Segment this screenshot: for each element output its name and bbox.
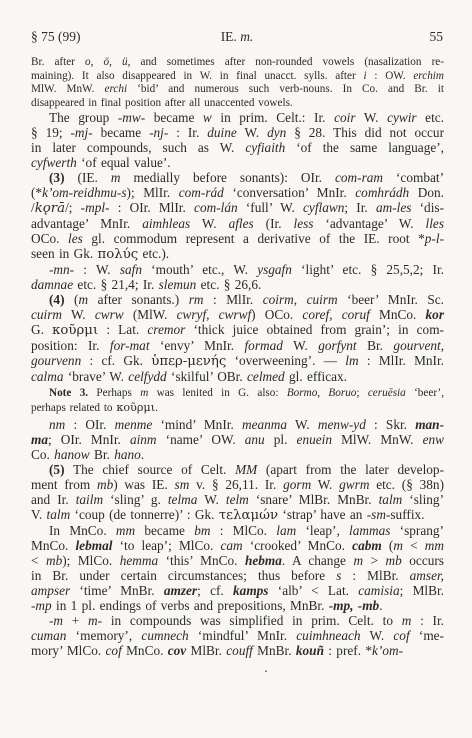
text-segment: m [393, 538, 403, 553]
text-segment: ; Ir. [344, 200, 376, 215]
text-segment: cumnech [141, 628, 188, 643]
text-segment: became [93, 125, 149, 140]
text-segment: calma [31, 369, 64, 384]
text-segment: ‘brave’ W. [64, 369, 129, 384]
text-segment: cwrw [95, 307, 124, 322]
text-segment: ment from [31, 477, 97, 492]
text-line: advantage’ MnIr. aimhleas W. afles (Ir. … [31, 216, 444, 231]
text-line: Co. hanow Br. hano. [31, 447, 444, 462]
text-line: seen in Gk. πολύς etc.). [31, 246, 444, 262]
text-segment: formad [244, 338, 282, 353]
text-segment: OCo. [31, 231, 68, 246]
text-segment: ‘envy’ MnIr. [150, 338, 245, 353]
text-segment: -nj- [149, 125, 168, 140]
text-segment: less [294, 216, 314, 231]
text-segment: for-mat [110, 338, 150, 353]
text-line: nm : OIr. menme ‘mind’ MnIr. meanma W. m… [31, 417, 444, 432]
text-segment: tailm [76, 492, 103, 507]
text-segment: , [91, 56, 104, 68]
text-segment: V. [31, 507, 47, 522]
text-segment: com-lán [194, 200, 238, 215]
text-segment: -sm- [367, 507, 391, 522]
text-segment: , [109, 56, 122, 68]
text-segment: occurs [402, 553, 444, 568]
text-segment: etc. § 21,4; Ir. [73, 277, 159, 292]
text-segment: (4) [49, 292, 65, 307]
text-segment: (5) [49, 462, 65, 477]
text-line: and Ir. tailm ‘sling’ g. telma W. telm ‘… [31, 492, 444, 507]
text-segment: Br. [90, 447, 115, 462]
text-segment: mory’ MlCo. [31, 643, 106, 658]
text-segment: ‘sprang’ [390, 523, 444, 538]
text-segment: hano [114, 447, 141, 462]
text-segment: cof [393, 628, 409, 643]
text-segment: and Ir. [31, 492, 76, 507]
text-segment: -mn- [49, 262, 74, 277]
text-line: ma; OIr. MnIr. ainm ‘name’ OW. anu pl. e… [31, 432, 444, 447]
text-segment: ‘overweening’. — [226, 353, 345, 368]
text-segment: talm [47, 507, 71, 522]
text-segment: etc.). [138, 246, 169, 261]
text-segment: W. [283, 338, 318, 353]
text-line: ampser ‘time’ MnBr. amzer; cf. kamps ‘al… [31, 583, 444, 598]
text-segment: gourvenn [31, 353, 81, 368]
text-segment: -mpl- [81, 200, 110, 215]
text-segment: position: Ir. [31, 338, 110, 353]
text-segment: ampser [31, 583, 70, 598]
text-segment: mb [97, 477, 113, 492]
text-segment: ( [65, 292, 79, 307]
text-segment: κοῦρμι [52, 323, 98, 338]
text-segment: lammas [349, 523, 390, 538]
text-segment: ‘snare’ MlBr. MnBr. [249, 492, 379, 507]
text-segment: ‘full’ W. [238, 200, 303, 215]
text-segment: -mp [31, 598, 52, 613]
text-line: perhaps related to κοῦρμι. [31, 401, 444, 416]
text-segment: ‘conversation’ MnIr. [224, 185, 355, 200]
text-line: V. talm ‘coup (de tonnerre)’ : Gk. τελαμ… [31, 507, 444, 523]
text-line: cuman ‘memory’, cumnech ‘mindful’ MnIr. … [31, 628, 444, 643]
text-segment: telm [226, 492, 249, 507]
text-segment: cremor [147, 322, 185, 337]
text-segment: gl. efficax. [285, 369, 347, 384]
text-segment: etc. [417, 110, 444, 125]
text-line: /kǫrā/; -mpl- : OIr. MlIr. com-lán ‘full… [31, 200, 444, 216]
text-segment: v. § 26,11. Ir. [189, 477, 283, 492]
text-segment: ‘strap’ have an [278, 507, 367, 522]
text-segment: hemma [120, 553, 158, 568]
running-title: IE. m. [31, 29, 443, 44]
text-segment: cywir [387, 110, 417, 125]
text-segment: seen in Gk. [31, 246, 98, 261]
text-segment: com-ram [335, 170, 383, 185]
text-segment: ‘beer’, [406, 387, 444, 399]
text-segment: W. [311, 477, 339, 492]
text-segment: The group [49, 110, 118, 125]
text-line: mory’ MlCo. cof MnCo. cov MlBr. couff Mn… [31, 643, 444, 658]
text-segment: ; MlBr. [400, 583, 444, 598]
text-segment: kǫrā [35, 201, 65, 216]
text-segment: ‘crooked’ MnCo. [243, 538, 353, 553]
text-segment: ‘mind’ MnIr. [152, 417, 242, 432]
text-segment: ‘to leap’; MlCo. [112, 538, 220, 553]
text-line: OCo. les gl. commodum represent a deriva… [31, 231, 444, 246]
text-segment: < [403, 538, 425, 553]
text-segment: m- [88, 613, 102, 628]
text-segment: The chief source of Celt. [65, 462, 236, 477]
text-segment: MM [235, 462, 257, 477]
text-segment: gorm [283, 477, 311, 492]
text-line: position: Ir. for-mat ‘envy’ MnIr. forma… [31, 338, 444, 353]
text-line: G. κοῦρμι : Lat. cremor ‘thick juice obt… [31, 322, 444, 338]
text-segment: MlW. MnW. [332, 432, 423, 447]
text-segment: -mw- [118, 110, 145, 125]
text-line: Br. after o, ö, ü, and sometimes after n… [31, 56, 444, 70]
text-segment: ‘memory’, [66, 628, 141, 643]
text-segment: : Ir. [411, 613, 444, 628]
text-segment: mb [46, 553, 62, 568]
signature-mark: . [0, 660, 472, 676]
text-line: cyfwerth ‘of equal value’. [31, 155, 444, 170]
text-segment: coref, coruf [302, 307, 369, 322]
paragraph: Br. after o, ö, ü, and sometimes after n… [31, 56, 444, 110]
text-segment: W. [237, 125, 267, 140]
text-segment: am-les [376, 200, 411, 215]
text-segment: : W. [74, 262, 120, 277]
text-segment: meanma [242, 417, 287, 432]
text-line: (*k’om-reidhmu-s); MlIr. com-rád ‘conver… [31, 185, 444, 200]
text-segment: etc. § 26,6. [196, 277, 261, 292]
text-segment: lm [345, 353, 358, 368]
text-segment: ‘coup (de tonnerre)’ : Gk. [70, 507, 219, 522]
text-segment: Br. after [31, 56, 85, 68]
text-line: ment from mb) was IE. sm v. § 26,11. Ir.… [31, 477, 444, 492]
text-segment: . A change [282, 553, 354, 568]
text-segment: afles [229, 216, 254, 231]
text-line: MlW. MnW. erchi ‘bid’ and numerous such … [31, 83, 444, 97]
text-segment: § 28. This did not occur [286, 125, 444, 140]
text-segment: : cf. Gk. [81, 353, 151, 368]
text-segment: damnae [31, 277, 73, 292]
text-segment: ‘this’ MnCo. [158, 553, 245, 568]
text-segment: m [402, 613, 412, 628]
text-segment: (Ir. [254, 216, 294, 231]
book-page: § 75 (99) IE. m. 55 Br. after o, ö, ü, a… [0, 0, 472, 738]
text-line: (3) (IE. m medially before sonants): OIr… [31, 170, 444, 185]
text-line: cuirm W. cwrw (MlW. cwryf, cwrwf) OCo. c… [31, 307, 444, 322]
text-segment: Note 3. [49, 387, 88, 399]
text-segment: W. [197, 492, 225, 507]
text-segment: pl. [265, 432, 297, 447]
text-segment: Don. [409, 185, 444, 200]
text-segment: -m [49, 613, 63, 628]
text-segment: : OIr. [65, 417, 114, 432]
text-segment: slemun [159, 277, 197, 292]
text-segment: lebmal [75, 538, 112, 553]
text-segment: cuimhneach [296, 628, 360, 643]
text-segment: hanow [54, 447, 89, 462]
text-segment: ma [31, 432, 48, 447]
text-segment: ‘name’ OW. [157, 432, 245, 447]
text-segment: ‘time’ MnBr. [70, 583, 164, 598]
text-segment: camisia [358, 583, 399, 598]
text-segment: in prim. Celt.: Ir. [212, 110, 334, 125]
text-segment: : Lat. [98, 322, 147, 337]
text-segment: ; OIr. MnIr. [48, 432, 130, 447]
text-segment: gl. commodum represent a derivative of t… [83, 231, 425, 246]
text-segment: m [353, 553, 363, 568]
text-segment: m [78, 292, 88, 307]
text-segment: : Skr. [366, 417, 415, 432]
text-line: -m + m- in compounds was simplified in p… [31, 613, 444, 628]
text-segment: celfydd [128, 369, 166, 384]
text-segment: MnCo. [370, 307, 426, 322]
text-segment: rm [189, 292, 204, 307]
text-segment: cyflawn [303, 200, 344, 215]
text-segment: ) OCo. [251, 307, 302, 322]
text-segment: cof [106, 643, 122, 658]
text-segment: cam [221, 538, 243, 553]
text-segment: ‘mindful’ MnIr. [189, 628, 297, 643]
text-segment: man- [415, 417, 444, 432]
text-segment: gwrm [339, 477, 369, 492]
text-segment: MnCo. [31, 538, 75, 553]
text-segment: maining). It also disappeared in W. in f… [31, 70, 363, 82]
text-segment: disappeared in final position after all … [31, 97, 293, 109]
text-line: -mn- : W. safn ‘mouth’ etc., W. ysgafn ‘… [31, 262, 444, 277]
text-segment: (3) [49, 170, 65, 185]
text-segment: ‘combat’ [383, 170, 444, 185]
text-segment: -mp, -mb [329, 598, 380, 613]
text-segment: + [63, 613, 88, 628]
text-segment: kamps [233, 583, 268, 598]
paragraph: (4) (m after sonants.) rm : MlIr. coirm,… [31, 292, 444, 384]
text-segment: ‘leap’, [296, 523, 349, 538]
text-segment: cov [168, 643, 186, 658]
text-segment: medially before sonants): OIr. [120, 170, 335, 185]
text-segment: became [135, 523, 194, 538]
text-segment: Bormo, Boruo [287, 387, 357, 399]
text-segment: : Ir. [168, 125, 207, 140]
text-segment: in later compounds, such as W. [31, 140, 245, 155]
text-segment: cuman [31, 628, 66, 643]
text-segment: p-l- [425, 231, 444, 246]
text-segment: couff [226, 643, 253, 658]
text-segment: In MnCo. [49, 523, 116, 538]
text-segment: coir [334, 110, 355, 125]
text-line: -mp in 1 pl. endings of verbs and prepos… [31, 598, 444, 613]
text-segment: ‘advantage’ W. [313, 216, 425, 231]
text-segment: ; cf. [197, 583, 233, 598]
text-segment: menw-yd [318, 417, 366, 432]
text-line: (4) (m after sonants.) rm : MlIr. coirm,… [31, 292, 444, 307]
text-segment: com-rád [179, 185, 224, 200]
text-line: (5) The chief source of Celt. MM (apart … [31, 462, 444, 477]
text-segment: W. [361, 628, 394, 643]
text-line: Note 3. Perhaps m was lenited in G. also… [31, 387, 444, 401]
text-segment: anu [245, 432, 265, 447]
text-segment: Br. [357, 338, 394, 353]
text-segment: safn [120, 262, 142, 277]
text-segment: ‘alb’ < Lat. [268, 583, 358, 598]
text-segment: MlBr. [186, 643, 226, 658]
text-segment: was lenited in G. also: [148, 387, 287, 399]
text-segment: ‘beer’ MnIr. Sc. [338, 292, 444, 307]
text-segment: W. [356, 110, 388, 125]
text-segment: MnCo. [122, 643, 168, 658]
text-segment: : MlBr. [341, 568, 409, 583]
text-segment: after sonants.) [88, 292, 189, 307]
text-segment: comhrádh [355, 185, 409, 200]
text-segment: : MlCo. [210, 523, 276, 538]
text-segment: W. [287, 417, 318, 432]
text-segment: erchim [413, 70, 444, 82]
text-segment: bm [194, 523, 210, 538]
text-segment: ‘thick juice obtained from grain’; in co… [185, 322, 444, 337]
text-segment: in Br. under certain circumstances; thus… [31, 568, 336, 583]
text-line: in later compounds, such as W. cyfiaith … [31, 140, 444, 155]
text-segment: -mj- [71, 125, 93, 140]
text-line: calma ‘brave’ W. celfydd ‘skilful’ OBr. … [31, 369, 444, 384]
text-segment: Co. [31, 447, 54, 462]
text-segment: : MlIr. MnIr. [359, 353, 444, 368]
running-title-roman: IE. [221, 29, 241, 44]
paragraph: (3) (IE. m medially before sonants): OIr… [31, 170, 444, 262]
text-segment: mm [425, 538, 444, 553]
text-segment: amser, [410, 568, 444, 583]
text-segment: amzer [164, 583, 197, 598]
text-segment: πολύς [98, 247, 139, 262]
text-segment: W. [190, 216, 228, 231]
text-segment: < [31, 553, 46, 568]
text-line: § 19; -mj- became -nj- : Ir. duine W. dy… [31, 125, 444, 140]
text-segment: : OW. [367, 70, 414, 82]
text-segment: ( [382, 538, 394, 553]
text-segment: ‘dis- [411, 200, 444, 215]
paragraph: The group -mw- became w in prim. Celt.: … [31, 110, 444, 170]
text-segment: telma [168, 492, 198, 507]
text-segment: kor [426, 307, 444, 322]
text-segment: perhaps related to [31, 402, 116, 414]
text-segment: (* [31, 185, 42, 200]
text-segment: MnBr. [253, 643, 296, 658]
text-segment: ὑπερ-μενής [151, 354, 226, 369]
text-line: < mb); MlCo. hemma ‘this’ MnCo. hebma. A… [31, 553, 444, 568]
paragraph: Note 3. Perhaps m was lenited in G. also… [31, 387, 444, 415]
text-segment: : OIr. MlIr. [109, 200, 194, 215]
text-segment: dyn [267, 125, 286, 140]
text-segment: ; [356, 387, 367, 399]
text-line: In MnCo. mm became bm : MlCo. lam ‘leap’… [31, 523, 444, 538]
text-segment: celmed [247, 369, 285, 384]
text-segment: gorfynt [318, 338, 356, 353]
text-segment: cuirm [31, 307, 62, 322]
text-segment: MlW. MnW. [31, 83, 105, 95]
text-segment: ‘sling’ [402, 492, 444, 507]
text-segment: sm [175, 477, 190, 492]
text-segment: became [145, 110, 203, 125]
text-line: in Br. under certain circumstances; thus… [31, 568, 444, 583]
text-line: maining). It also disappeared in W. in f… [31, 70, 444, 84]
text-segment: ‘sling’ g. [103, 492, 168, 507]
text-segment: k’om- [372, 643, 403, 658]
text-segment: ‘of equal value’. [77, 155, 171, 170]
text-segment: . [155, 402, 158, 414]
text-segment: ); MlCo. [62, 553, 119, 568]
text-segment: G. [31, 322, 52, 337]
text-segment: coirm, cuirm [263, 292, 338, 307]
text-segment: ainm [130, 432, 157, 447]
text-segment: menme [115, 417, 153, 432]
text-segment: gourvent, [393, 338, 444, 353]
text-segment: kouñ [296, 643, 324, 658]
text-segment: lam [276, 523, 296, 538]
text-segment: . [141, 447, 144, 462]
text-segment: Perhaps [88, 387, 140, 399]
text-segment: . [379, 598, 382, 613]
text-segment: cyfwerth [31, 155, 77, 170]
text-segment: : pref. * [324, 643, 372, 658]
paragraph: In MnCo. mm became bm : MlCo. lam ‘leap’… [31, 523, 444, 613]
text-segment: erchi [105, 83, 128, 95]
text-segment: enuein [297, 432, 332, 447]
text-segment: k’om-reidhmu-s [42, 185, 126, 200]
page-number: 55 [430, 29, 444, 44]
text-segment: talm [379, 492, 403, 507]
running-title-italic: m. [240, 29, 253, 44]
paragraph: -mn- : W. safn ‘mouth’ etc., W. ysgafn ‘… [31, 262, 444, 292]
text-segment: ‘bid’ and numerous such verb-nouns. In C… [127, 83, 444, 95]
text-segment: , and sometimes after non-rounded vowels… [128, 56, 444, 68]
text-segment: ‘skilful’ OBr. [167, 369, 247, 384]
text-segment: in 1 pl. endings of verbs and prepositio… [52, 598, 329, 613]
text-line: The group -mw- became w in prim. Celt.: … [31, 110, 444, 125]
text-segment: κοῦρμι [116, 401, 155, 414]
text-segment: mm [116, 523, 135, 538]
text-segment: cyfiaith [245, 140, 285, 155]
text-segment: ‘me- [410, 628, 444, 643]
text-segment: (MlW. [124, 307, 177, 322]
text-segment: W. [62, 307, 95, 322]
text-segment: cabm [352, 538, 382, 553]
text-segment: enw [423, 432, 444, 447]
text-segment: duine [207, 125, 237, 140]
text-segment: les [68, 231, 83, 246]
paragraph: -m + m- in compounds was simplified in p… [31, 613, 444, 658]
text-segment: /; [65, 200, 81, 215]
text-segment: nm [49, 417, 65, 432]
text-segment: ceruēsia [368, 387, 406, 399]
page-body: Br. after o, ö, ü, and sometimes after n… [31, 56, 444, 658]
text-segment: (IE. [65, 170, 111, 185]
text-segment: > [363, 553, 385, 568]
text-segment: ysgafn [257, 262, 292, 277]
text-segment: in compounds was simplified in prim. Cel… [102, 613, 402, 628]
text-segment: suffix. [390, 507, 424, 522]
text-line: MnCo. lebmal ‘to leap’; MlCo. cam ‘crook… [31, 538, 444, 553]
paragraph: nm : OIr. menme ‘mind’ MnIr. meanma W. m… [31, 417, 444, 462]
text-segment: (apart from the later develop- [257, 462, 444, 477]
text-segment: ‘mouth’ etc., W. [142, 262, 257, 277]
paragraph: (5) The chief source of Celt. MM (apart … [31, 462, 444, 523]
text-segment: : MlIr. [203, 292, 262, 307]
text-segment: § 19; [31, 125, 71, 140]
text-segment: ) was IE. [113, 477, 174, 492]
text-segment: ); MlIr. [127, 185, 179, 200]
text-segment: τελαμών [219, 508, 278, 523]
text-segment: advantage’ MnIr. [31, 216, 142, 231]
text-line: gourvenn : cf. Gk. ὑπερ-μενής ‘overweeni… [31, 353, 444, 369]
